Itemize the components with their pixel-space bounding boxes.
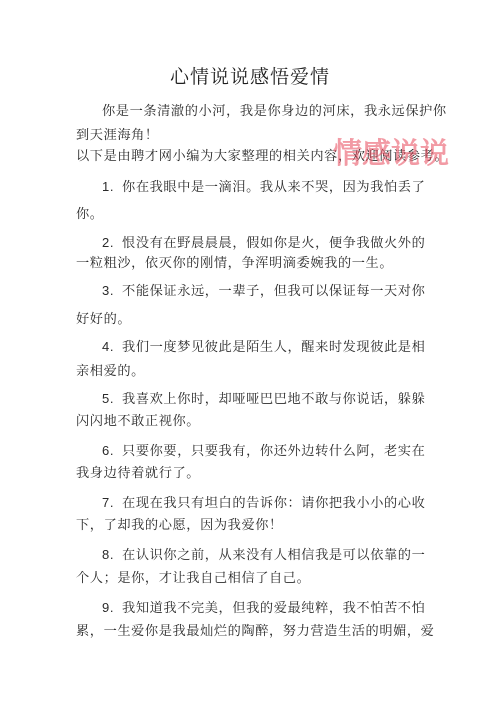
- item-number: 1.: [102, 179, 114, 194]
- item-text: 闪闪地不敢正视你。: [76, 410, 200, 429]
- item-number: 2.: [102, 235, 114, 250]
- intro-line: 到天涯海角！: [76, 124, 159, 143]
- item-text: 在现在我只有坦白的告诉你：请你把我小小的心收: [122, 496, 425, 511]
- list-item: 7.在现在我只有坦白的告诉你：请你把我小小的心收: [102, 492, 425, 511]
- item-text: 我们一度梦见彼此是陌生人，醒来时发现彼此是相: [122, 340, 425, 355]
- item-text: 个人；是你，才让我自己相信了自己。: [76, 567, 310, 586]
- item-number: 9.: [102, 600, 114, 615]
- intro-line: 你是一条清澈的小河，我是你身边的河床，我永远保护你: [102, 100, 447, 119]
- list-item: 3.不能保证永远，一辈子，但我可以保证每一天对你: [102, 280, 425, 299]
- item-text: 我身边待着就行了。: [76, 462, 200, 481]
- item-text: 我喜欢上你时，却哑哑巴巴地不敢与你说话，躲躲: [122, 392, 425, 407]
- list-item: 8.在认识你之前，从来没有人相信我是可以依靠的一: [102, 544, 425, 563]
- item-text: 在认识你之前，从来没有人相信我是可以依靠的一: [122, 548, 425, 563]
- document-page: 心情说说感悟爱情 你是一条清澈的小河，我是你身边的河床，我永远保护你 到天涯海角…: [0, 0, 500, 708]
- item-number: 3.: [102, 283, 114, 298]
- list-item: 9.我知道我不完美，但我的爱最纯粹，我不怕苦不怕: [102, 597, 425, 616]
- item-text: 好好的。: [76, 308, 131, 327]
- item-text: 恨没有在野晨晨晨，假如你是火，便争我做火外的: [122, 236, 425, 251]
- item-text: 不能保证永远，一辈子，但我可以保证每一天对你: [122, 284, 425, 299]
- item-text: 下，了却我的心愿，因为我爱你！: [76, 514, 283, 533]
- item-text: 亲相爱的。: [76, 360, 145, 379]
- item-number: 6.: [102, 443, 114, 458]
- list-item: 4.我们一度梦见彼此是陌生人，醒来时发现彼此是相: [102, 336, 425, 355]
- item-text: 你在我眼中是一滴泪。我从来不哭，因为我怕丢了: [122, 180, 425, 195]
- list-item: 6.只要你要，只要我有，你还外边转什么阿，老实在: [102, 440, 425, 459]
- item-text: 一粒粗沙，依灭你的刚情，争浑明滴委婉我的一生。: [76, 252, 393, 271]
- list-item: 1.你在我眼中是一滴泪。我从来不哭，因为我怕丢了: [102, 176, 425, 195]
- watermark: 情感说说: [333, 136, 449, 170]
- item-number: 7.: [102, 495, 114, 510]
- item-number: 8.: [102, 547, 114, 562]
- item-text: 你。: [76, 203, 104, 222]
- item-text: 我知道我不完美，但我的爱最纯粹，我不怕苦不怕: [122, 601, 425, 616]
- item-text: 只要你要，只要我有，你还外边转什么阿，老实在: [122, 444, 425, 459]
- item-number: 4.: [102, 339, 114, 354]
- item-number: 5.: [102, 391, 114, 406]
- item-text: 累，一生爱你是我最灿烂的陶醉，努力营造生活的明媚，爱: [76, 620, 434, 639]
- list-item: 2.恨没有在野晨晨晨，假如你是火，便争我做火外的: [102, 232, 425, 251]
- document-title: 心情说说感悟爱情: [0, 62, 500, 89]
- list-item: 5.我喜欢上你时，却哑哑巴巴地不敢与你说话，躲躲: [102, 388, 425, 407]
